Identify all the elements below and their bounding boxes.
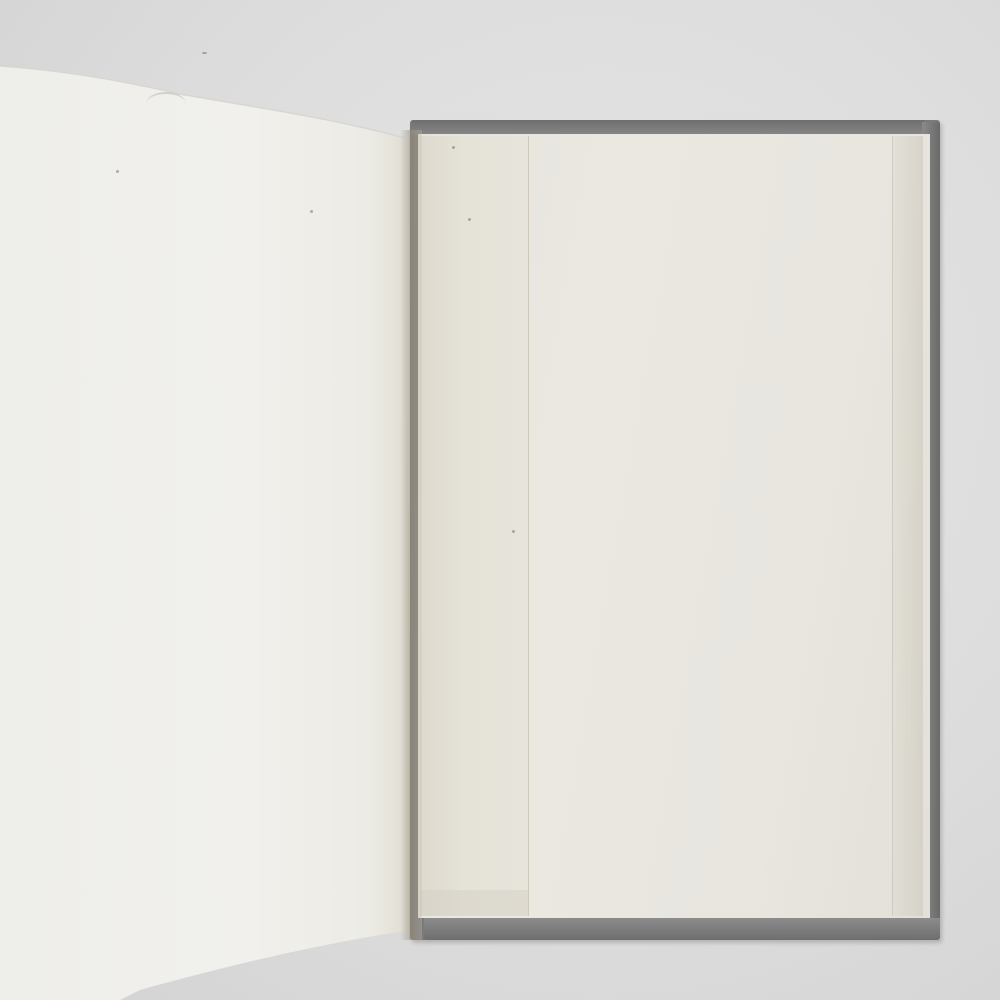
paper-dent <box>146 92 186 116</box>
paper-speck <box>310 210 313 213</box>
hinge-reinforcement-strip <box>420 136 529 916</box>
hinge-strip-bottom <box>420 890 528 916</box>
paper-speck <box>452 146 455 149</box>
paper-speck <box>468 218 471 221</box>
paper-speck <box>116 170 119 173</box>
paper-speck <box>512 530 515 533</box>
turn-in-margin <box>892 136 923 916</box>
board-edge-bottom <box>424 918 940 940</box>
left-page-shape <box>0 0 420 1000</box>
gutter-shadow <box>400 130 422 940</box>
photo-scene <box>0 0 1000 1000</box>
board-edge-top <box>412 120 926 134</box>
paper-speck <box>202 52 207 54</box>
left-free-endpaper <box>0 0 420 1000</box>
